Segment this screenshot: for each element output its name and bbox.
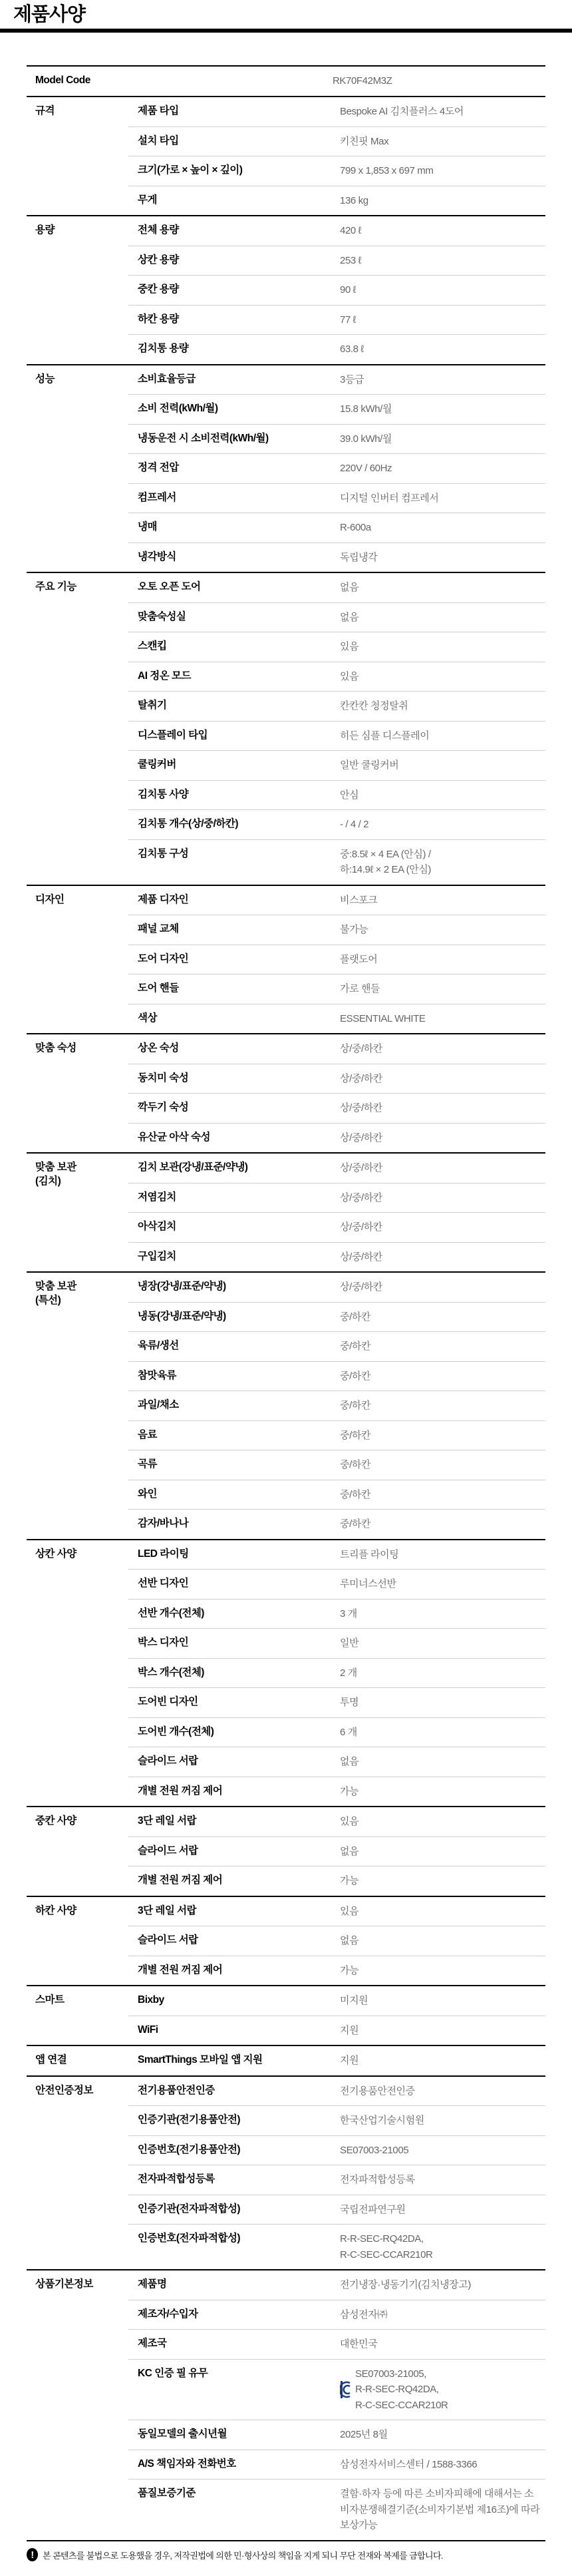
spec-label: 슬라이드 서랍	[128, 1926, 340, 1956]
spec-value: 중/하칸	[340, 1362, 545, 1391]
spec-label: 개별 전원 꺼짐 제어	[128, 1777, 340, 1807]
spec-row: 소비 전력(kWh/월)15.8 kWh/월	[128, 394, 545, 424]
spec-value: 가능	[340, 1777, 545, 1807]
spec-value: 63.8 ℓ	[340, 335, 545, 364]
spec-label: 도어빈 개수(전체)	[128, 1718, 340, 1747]
spec-label: 와인	[128, 1480, 340, 1510]
copyright-notice-text: 본 콘텐츠를 불법으로 도용했을 경우, 저작권법에 의한 민·형사상의 책임을…	[43, 2549, 443, 2561]
spec-row: 디스플레이 타입히든 심플 디스플레이	[128, 721, 545, 751]
spec-value: 없음	[340, 1747, 545, 1777]
spec-row: KC 인증 필 유무SE07003-21005, R-R-SEC-RQ42DA,…	[128, 2359, 545, 2420]
model-code-label: Model Code	[27, 67, 333, 96]
spec-row: 개별 전원 꺼짐 제어가능	[128, 1777, 545, 1807]
spec-value: 결함·하자 등에 따른 소비자피해에 대해서는 소비자분쟁해결기준(소비자기본법…	[340, 2479, 545, 2540]
spec-value: 중/하칸	[340, 1421, 545, 1450]
spec-value: 2025년 8월	[340, 2420, 545, 2450]
spec-group: 규격제품 타입Bespoke AI 김치플러스 4도어설치 타입키친핏 Max크…	[27, 97, 545, 216]
spec-label: 저염김치	[128, 1183, 340, 1213]
spec-label: 인증기관(전기용품안전)	[128, 2106, 340, 2135]
spec-label: 컴프레서	[128, 484, 340, 513]
spec-label: 쿨링커버	[128, 751, 340, 780]
spec-label: 상칸 용량	[128, 246, 340, 276]
spec-row: 상칸 용량253 ℓ	[128, 246, 545, 276]
spec-label: 소비효율등급	[128, 365, 340, 395]
spec-row: 참맛육류중/하칸	[128, 1361, 545, 1391]
spec-value: Bespoke AI 김치플러스 4도어	[340, 97, 545, 126]
spec-value: 대한민국	[340, 2330, 545, 2359]
spec-row: 냉동운전 시 소비전력(kWh/월)39.0 kWh/월	[128, 424, 545, 454]
spec-row: 컴프레서디지털 인버터 컴프레서	[128, 483, 545, 513]
spec-label: 제품 타입	[128, 97, 340, 126]
spec-row: 하칸 용량77 ℓ	[128, 305, 545, 335]
spec-value: 플랫도어	[340, 945, 545, 974]
spec-category: 규격	[27, 97, 128, 216]
spec-row: 개별 전원 꺼짐 제어가능	[128, 1866, 545, 1896]
spec-label: LED 라이팅	[128, 1540, 340, 1570]
spec-label: 설치 타입	[128, 127, 340, 156]
spec-label: 탈취기	[128, 692, 340, 721]
spec-value: 비스포크	[340, 886, 545, 915]
spec-category: 디자인	[27, 885, 128, 1034]
spec-label: AI 정온 모드	[128, 662, 340, 692]
spec-value: 상/중/하칸	[340, 1064, 545, 1094]
spec-value: 상/중/하칸	[340, 1154, 545, 1183]
spec-value: 있음	[340, 632, 545, 662]
spec-value: 90 ℓ	[340, 276, 545, 305]
spec-value: 없음	[340, 1926, 545, 1956]
model-code-value: RK70F42M3Z	[333, 67, 545, 96]
spec-value: 39.0 kWh/월	[340, 425, 545, 454]
spec-label: 슬라이드 서랍	[128, 1837, 340, 1866]
spec-value: 중/하칸	[340, 1332, 545, 1361]
spec-value: 없음	[340, 603, 545, 632]
spec-row: LED 라이팅트리플 라이팅	[128, 1540, 545, 1570]
spec-group: 맞춤 보관 (특선)냉장(강냉/표준/약냉)상/중/하칸냉동(강냉/표준/약냉)…	[27, 1272, 545, 1540]
spec-value: 상/중/하칸	[340, 1124, 545, 1153]
spec-label: 감자/바나나	[128, 1510, 340, 1539]
spec-row: 소비효율등급3등급	[128, 365, 545, 395]
spec-row: 인증번호(전자파적합성)R-R-SEC-RQ42DA, R-C-SEC-CCAR…	[128, 2224, 545, 2269]
spec-category: 앱 연결	[27, 2045, 128, 2076]
spec-row: 슬라이드 서랍없음	[128, 1926, 545, 1956]
spec-label: 크기(가로 × 높이 × 깊이)	[128, 156, 340, 186]
spec-label: 인증기관(전자파적합성)	[128, 2195, 340, 2225]
spec-group: 앱 연결SmartThings 모바일 앱 지원지원	[27, 2045, 545, 2076]
spec-value: 키친핏 Max	[340, 127, 545, 156]
spec-row: AI 정온 모드있음	[128, 662, 545, 692]
spec-label: 깍두기 숙성	[128, 1094, 340, 1123]
spec-row: 3단 레일 서랍있음	[128, 1897, 545, 1926]
spec-value: 전기냉장·냉동기기(김치냉장고)	[340, 2270, 545, 2300]
spec-row: SmartThings 모바일 앱 지원지원	[128, 2046, 545, 2075]
spec-label: 선반 디자인	[128, 1570, 340, 1599]
spec-label: 선반 개수(전체)	[128, 1600, 340, 1629]
spec-value: 투명	[340, 1688, 545, 1717]
spec-label: 냉각방식	[128, 543, 340, 572]
spec-group: 상품기본정보제품명전기냉장·냉동기기(김치냉장고)제조자/수입자삼성전자㈜제조국…	[27, 2270, 545, 2541]
spec-group: 맞춤 보관 (김치)김치 보관(강냉/표준/약냉)상/중/하칸저염김치상/중/하…	[27, 1153, 545, 1272]
spec-label: Bixby	[128, 1986, 340, 2016]
spec-row: 개별 전원 꺼짐 제어가능	[128, 1956, 545, 1986]
spec-label: 전기용품안전인증	[128, 2077, 340, 2106]
spec-row: 김치통 개수(상/중/하칸)- / 4 / 2	[128, 809, 545, 839]
spec-row: A/S 책임자와 전화번호삼성전자서비스센터 / 1588-3366	[128, 2450, 545, 2479]
spec-row: 쿨링커버일반 쿨링커버	[128, 750, 545, 780]
spec-row: 무게136 kg	[128, 186, 545, 216]
spec-label: 김치통 용량	[128, 335, 340, 364]
spec-label: SmartThings 모바일 앱 지원	[128, 2046, 340, 2075]
spec-category: 스마트	[27, 1986, 128, 2045]
spec-label: 냉동(강냉/표준/약냉)	[128, 1303, 340, 1332]
spec-group: 상칸 사양LED 라이팅트리플 라이팅선반 디자인루미너스선반선반 개수(전체)…	[27, 1540, 545, 1807]
spec-row: 인증기관(전기용품안전)한국산업기술시험원	[128, 2105, 545, 2135]
spec-row: 전자파적합성등록전자파적합성등록	[128, 2165, 545, 2195]
spec-row: 색상ESSENTIAL WHITE	[128, 1004, 545, 1034]
spec-value: 안심	[340, 781, 545, 810]
spec-label: 동치미 숙성	[128, 1064, 340, 1094]
spec-value: 136 kg	[340, 186, 545, 216]
spec-value: 상/중/하칸	[340, 1183, 545, 1213]
spec-label: 도어빈 디자인	[128, 1688, 340, 1717]
spec-label: 제조자/수입자	[128, 2300, 340, 2330]
spec-label: A/S 책임자와 전화번호	[128, 2450, 340, 2479]
spec-value: 253 ℓ	[340, 246, 545, 276]
spec-value: R-600a	[340, 513, 545, 542]
spec-label: 냉매	[128, 513, 340, 542]
spec-row: 김치 보관(강냉/표준/약냉)상/중/하칸	[128, 1154, 545, 1183]
spec-label: 과일/채소	[128, 1391, 340, 1420]
spec-label: 유산균 아삭 숙성	[128, 1124, 340, 1153]
spec-row: 설치 타입키친핏 Max	[128, 126, 545, 156]
spec-label: 3단 레일 서랍	[128, 1897, 340, 1926]
spec-row: 김치통 사양안심	[128, 780, 545, 810]
spec-category: 중칸 사양	[27, 1807, 128, 1896]
spec-value: 독립냉각	[340, 543, 545, 572]
spec-value: 삼성전자㈜	[340, 2300, 545, 2330]
spec-label: 음료	[128, 1421, 340, 1450]
spec-label: 김치통 개수(상/중/하칸)	[128, 810, 340, 839]
spec-row: 스캔킵있음	[128, 632, 545, 662]
spec-label: 전체 용량	[128, 216, 340, 246]
kc-mark-icon	[340, 2380, 351, 2399]
spec-label: 상온 숙성	[128, 1034, 340, 1064]
model-code-row: Model Code RK70F42M3Z	[27, 66, 545, 97]
spec-row: 정격 전압220V / 60Hz	[128, 453, 545, 483]
kc-cert-numbers: SE07003-21005, R-R-SEC-RQ42DA, R-C-SEC-C…	[355, 2366, 448, 2414]
spec-value: 중/하칸	[340, 1391, 545, 1420]
spec-value: 가로 핸들	[340, 974, 545, 1004]
spec-category: 성능	[27, 365, 128, 573]
spec-row: 제조자/수입자삼성전자㈜	[128, 2300, 545, 2330]
spec-label: 중칸 용량	[128, 276, 340, 305]
spec-row: 도어빈 디자인투명	[128, 1687, 545, 1717]
spec-row: 냉장(강냉/표준/약냉)상/중/하칸	[128, 1273, 545, 1302]
spec-row: 제품명전기냉장·냉동기기(김치냉장고)	[128, 2270, 545, 2300]
spec-row: 냉매R-600a	[128, 513, 545, 542]
spec-category: 용량	[27, 216, 128, 365]
spec-label: 무게	[128, 186, 340, 216]
spec-value: 중:8.5ℓ × 4 EA (안심) / 하:14.9ℓ × 2 EA (안심)	[340, 840, 545, 885]
spec-group: 중칸 사양3단 레일 서랍있음슬라이드 서랍없음개별 전원 꺼짐 제어가능	[27, 1807, 545, 1896]
spec-label: 구입김치	[128, 1243, 340, 1272]
spec-label: 박스 개수(전체)	[128, 1659, 340, 1688]
spec-value: 트리플 라이팅	[340, 1540, 545, 1570]
spec-value: 국립전파연구원	[340, 2195, 545, 2225]
spec-category: 하칸 사양	[27, 1896, 128, 1986]
spec-label: 김치통 구성	[128, 840, 340, 885]
spec-row: 아삭김치상/중/하칸	[128, 1212, 545, 1242]
title-divider	[0, 29, 572, 33]
spec-label: 전자파적합성등록	[128, 2165, 340, 2195]
spec-label: 참맛육류	[128, 1362, 340, 1391]
spec-value: 77 ℓ	[340, 306, 545, 335]
spec-row: 냉동(강냉/표준/약냉)중/하칸	[128, 1302, 545, 1332]
spec-row: 육류/생선중/하칸	[128, 1331, 545, 1361]
spec-row: WiFi지원	[128, 2016, 545, 2045]
spec-label: 패널 교체	[128, 915, 340, 945]
spec-row: 동치미 숙성상/중/하칸	[128, 1064, 545, 1094]
spec-value: 일반	[340, 1629, 545, 1658]
spec-row: 인증기관(전자파적합성)국립전파연구원	[128, 2195, 545, 2225]
spec-label: 개별 전원 꺼짐 제어	[128, 1956, 340, 1986]
spec-row: 도어 핸들가로 핸들	[128, 974, 545, 1004]
spec-row: 음료중/하칸	[128, 1420, 545, 1450]
spec-label: KC 인증 필 유무	[128, 2360, 340, 2420]
spec-row: 김치통 용량63.8 ℓ	[128, 334, 545, 364]
spec-row: 깍두기 숙성상/중/하칸	[128, 1093, 545, 1123]
spec-value: 없음	[340, 573, 545, 602]
spec-value: 중/하칸	[340, 1480, 545, 1510]
spec-group: 스마트Bixby미지원WiFi지원	[27, 1986, 545, 2045]
spec-table: Model Code RK70F42M3Z 규격제품 타입Bespoke AI …	[27, 65, 545, 2541]
spec-value: 가능	[340, 1956, 545, 1986]
spec-value: 전기용품안전인증	[340, 2077, 545, 2106]
copyright-notice: ! 본 콘텐츠를 불법으로 도용했을 경우, 저작권법에 의한 민·형사상의 책…	[27, 2548, 443, 2561]
spec-label: 슬라이드 서랍	[128, 1747, 340, 1777]
spec-label: 맞춤숙성실	[128, 603, 340, 632]
spec-row: 슬라이드 서랍없음	[128, 1836, 545, 1866]
spec-value: 일반 쿨링커버	[340, 751, 545, 780]
spec-row: 선반 디자인루미너스선반	[128, 1569, 545, 1599]
spec-value: 상/중/하칸	[340, 1034, 545, 1064]
spec-row: 슬라이드 서랍없음	[128, 1747, 545, 1777]
spec-value: 가능	[340, 1866, 545, 1896]
spec-group: 성능소비효율등급3등급소비 전력(kWh/월)15.8 kWh/월냉동운전 시 …	[27, 365, 545, 573]
spec-value: 220V / 60Hz	[340, 454, 545, 483]
spec-row: 유산균 아삭 숙성상/중/하칸	[128, 1123, 545, 1153]
spec-label: 냉동운전 시 소비전력(kWh/월)	[128, 425, 340, 454]
spec-value: 15.8 kWh/월	[340, 395, 545, 424]
spec-value: 디지털 인버터 컴프레서	[340, 484, 545, 513]
spec-row: 박스 디자인일반	[128, 1628, 545, 1658]
spec-row: Bixby미지원	[128, 1986, 545, 2016]
spec-label: 곡류	[128, 1450, 340, 1480]
spec-value: 칸칸칸 청정탈취	[340, 692, 545, 721]
spec-label: 제품명	[128, 2270, 340, 2300]
spec-label: 제조국	[128, 2330, 340, 2359]
spec-group: 맞춤 숙성상온 숙성상/중/하칸동치미 숙성상/중/하칸깍두기 숙성상/중/하칸…	[27, 1034, 545, 1153]
spec-group: 디자인제품 디자인비스포크패널 교체불가능도어 디자인플랫도어도어 핸들가로 핸…	[27, 885, 545, 1034]
spec-label: WiFi	[128, 2016, 340, 2045]
spec-row: 도어빈 개수(전체)6 개	[128, 1717, 545, 1747]
spec-value: 3 개	[340, 1600, 545, 1629]
spec-row: 품질보증기준결함·하자 등에 따른 소비자피해에 대해서는 소비자분쟁해결기준(…	[128, 2479, 545, 2540]
spec-category: 주요 기능	[27, 572, 128, 885]
spec-row: 패널 교체불가능	[128, 915, 545, 945]
spec-value: 있음	[340, 662, 545, 692]
spec-value: 삼성전자서비스센터 / 1588-3366	[340, 2450, 545, 2479]
spec-value: 3등급	[340, 365, 545, 395]
spec-value: - / 4 / 2	[340, 810, 545, 839]
spec-value: 상/중/하칸	[340, 1213, 545, 1242]
spec-label: 김치 보관(강냉/표준/약냉)	[128, 1154, 340, 1183]
spec-label: 인증번호(전기용품안전)	[128, 2136, 340, 2165]
spec-value: 중/하칸	[340, 1510, 545, 1539]
spec-value: SE07003-21005	[340, 2136, 545, 2165]
spec-label: 도어 디자인	[128, 945, 340, 974]
spec-label: 육류/생선	[128, 1332, 340, 1361]
spec-value: 불가능	[340, 915, 545, 945]
spec-row: 오토 오픈 도어없음	[128, 573, 545, 602]
spec-row: 인증번호(전기용품안전)SE07003-21005	[128, 2135, 545, 2165]
spec-row: 상온 숙성상/중/하칸	[128, 1034, 545, 1064]
spec-value: R-R-SEC-RQ42DA, R-C-SEC-CCAR210R	[340, 2225, 545, 2269]
spec-row: 곡류중/하칸	[128, 1450, 545, 1480]
spec-label: 품질보증기준	[128, 2479, 340, 2540]
spec-value: ESSENTIAL WHITE	[340, 1004, 545, 1034]
spec-label: 하칸 용량	[128, 306, 340, 335]
spec-label: 아삭김치	[128, 1213, 340, 1242]
exclamation-icon: !	[27, 2548, 38, 2561]
spec-row: 감자/바나나중/하칸	[128, 1509, 545, 1539]
spec-label: 정격 전압	[128, 454, 340, 483]
spec-label: 도어 핸들	[128, 974, 340, 1004]
spec-value: 상/중/하칸	[340, 1243, 545, 1272]
spec-value: 2 개	[340, 1659, 545, 1688]
spec-value: 루미너스선반	[340, 1570, 545, 1599]
spec-value: 히든 심플 디스플레이	[340, 722, 545, 751]
spec-row: 탈취기칸칸칸 청정탈취	[128, 691, 545, 721]
spec-label: 냉장(강냉/표준/약냉)	[128, 1273, 340, 1302]
page-title: 제품사양	[13, 3, 85, 27]
spec-label: 개별 전원 꺼짐 제어	[128, 1866, 340, 1896]
spec-category: 상품기본정보	[27, 2270, 128, 2541]
spec-group: 주요 기능오토 오픈 도어없음맞춤숙성실없음스캔킵있음AI 정온 모드있음탈취기…	[27, 572, 545, 885]
spec-row: 제품 디자인비스포크	[128, 886, 545, 915]
spec-group: 안전인증정보전기용품안전인증전기용품안전인증인증기관(전기용품안전)한국산업기술…	[27, 2076, 545, 2270]
spec-category: 상칸 사양	[27, 1540, 128, 1807]
spec-label: 김치통 사양	[128, 781, 340, 810]
spec-category: 맞춤 보관 (김치)	[27, 1153, 128, 1272]
spec-row: 동일모델의 출시년월2025년 8월	[128, 2420, 545, 2450]
spec-label: 인증번호(전자파적합성)	[128, 2225, 340, 2269]
spec-value: 있음	[340, 1897, 545, 1926]
spec-row: 전기용품안전인증전기용품안전인증	[128, 2077, 545, 2106]
spec-value: 420 ℓ	[340, 216, 545, 246]
spec-value: SE07003-21005, R-R-SEC-RQ42DA, R-C-SEC-C…	[340, 2360, 545, 2420]
spec-value: 미지원	[340, 1986, 545, 2016]
spec-value: 한국산업기술시험원	[340, 2106, 545, 2135]
spec-label: 제품 디자인	[128, 886, 340, 915]
spec-value: 6 개	[340, 1718, 545, 1747]
spec-label: 소비 전력(kWh/월)	[128, 395, 340, 424]
spec-row: 크기(가로 × 높이 × 깊이)799 x 1,853 x 697 mm	[128, 156, 545, 186]
spec-row: 저염김치상/중/하칸	[128, 1183, 545, 1213]
spec-value: 중/하칸	[340, 1303, 545, 1332]
spec-value: 없음	[340, 1837, 545, 1866]
spec-value: 상/중/하칸	[340, 1273, 545, 1302]
spec-category: 맞춤 보관 (특선)	[27, 1272, 128, 1540]
spec-label: 디스플레이 타입	[128, 722, 340, 751]
spec-row: 김치통 구성중:8.5ℓ × 4 EA (안심) / 하:14.9ℓ × 2 E…	[128, 839, 545, 885]
spec-label: 스캔킵	[128, 632, 340, 662]
spec-value: 799 x 1,853 x 697 mm	[340, 156, 545, 186]
spec-group: 용량전체 용량420 ℓ상칸 용량253 ℓ중칸 용량90 ℓ하칸 용량77 ℓ…	[27, 216, 545, 365]
spec-category: 안전인증정보	[27, 2076, 128, 2270]
spec-group: 하칸 사양3단 레일 서랍있음슬라이드 서랍없음개별 전원 꺼짐 제어가능	[27, 1896, 545, 1986]
spec-value: 지원	[340, 2016, 545, 2045]
spec-row: 선반 개수(전체)3 개	[128, 1599, 545, 1629]
spec-row: 와인중/하칸	[128, 1480, 545, 1510]
spec-category: 맞춤 숙성	[27, 1034, 128, 1153]
spec-value: 전자파적합성등록	[340, 2165, 545, 2195]
spec-label: 오토 오픈 도어	[128, 573, 340, 602]
spec-row: 중칸 용량90 ℓ	[128, 275, 545, 305]
spec-row: 도어 디자인플랫도어	[128, 945, 545, 974]
spec-label: 동일모델의 출시년월	[128, 2420, 340, 2450]
spec-label: 3단 레일 서랍	[128, 1807, 340, 1836]
spec-row: 박스 개수(전체)2 개	[128, 1658, 545, 1688]
spec-label: 색상	[128, 1004, 340, 1034]
spec-row: 과일/채소중/하칸	[128, 1391, 545, 1420]
spec-row: 제조국대한민국	[128, 2329, 545, 2359]
spec-label: 박스 디자인	[128, 1629, 340, 1658]
spec-value: 있음	[340, 1807, 545, 1836]
spec-value: 지원	[340, 2046, 545, 2075]
spec-row: 제품 타입Bespoke AI 김치플러스 4도어	[128, 97, 545, 126]
spec-row: 냉각방식독립냉각	[128, 542, 545, 572]
spec-value: 상/중/하칸	[340, 1094, 545, 1123]
spec-row: 3단 레일 서랍있음	[128, 1807, 545, 1836]
spec-value: 중/하칸	[340, 1450, 545, 1480]
spec-row: 전체 용량420 ℓ	[128, 216, 545, 246]
spec-row: 맞춤숙성실없음	[128, 602, 545, 632]
spec-row: 구입김치상/중/하칸	[128, 1242, 545, 1272]
